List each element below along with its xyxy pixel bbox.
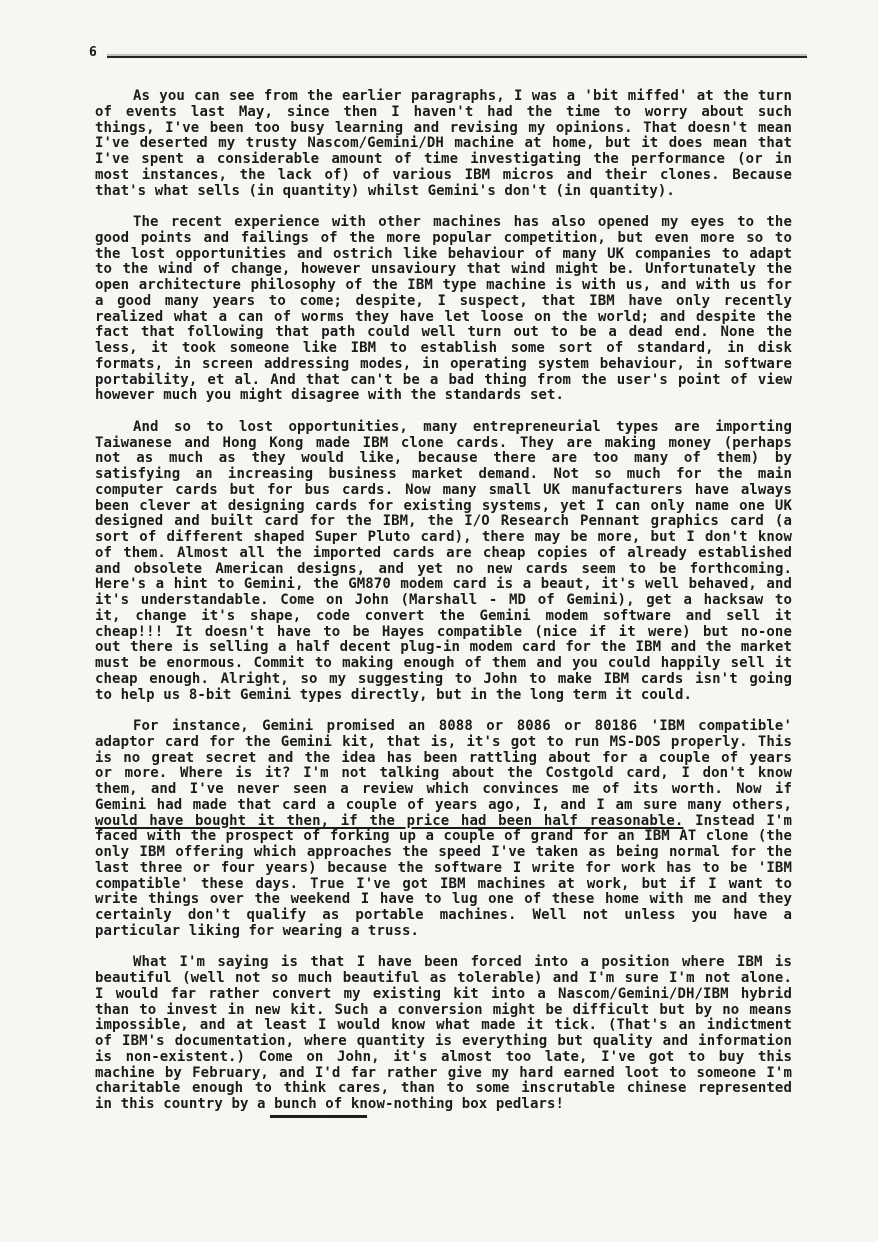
text-line: must be enormous. Commit to making enoug…	[95, 656, 792, 672]
text-line: The recent experience with other machine…	[95, 215, 792, 231]
text-line: not as much as they would like, because …	[95, 451, 792, 467]
paragraph: As you can see from the earlier paragrap…	[95, 89, 792, 199]
text-line: however much you might disagree with the…	[95, 388, 792, 404]
header-divider-rule	[107, 56, 807, 58]
text-line: machine by February, and I'd far rather …	[95, 1066, 792, 1082]
text-line: cheap!!! It doesn't have to be Hayes com…	[95, 625, 792, 641]
text-line: most instances, the lack of) of various …	[95, 168, 792, 184]
text-line: that's what sells (in quantity) whilst G…	[95, 184, 792, 200]
article-body: As you can see from the earlier paragrap…	[95, 89, 792, 1129]
text-line: As you can see from the earlier paragrap…	[95, 89, 792, 105]
text-line: open architecture philosophy of the IBM …	[95, 278, 792, 294]
text-segment: Instead I'm	[683, 813, 792, 829]
paragraph: And so to lost opportunities, many entre…	[95, 420, 792, 704]
text-line: and obsolete American designs, and yet n…	[95, 562, 792, 578]
text-line: to help us 8-bit Gemini types directly, …	[95, 688, 792, 704]
text-line: sort of different shaped Super Pluto car…	[95, 530, 792, 546]
text-line: it's understandable. Come on John (Marsh…	[95, 593, 792, 609]
text-line: is non-existent.) Come on John, it's alm…	[95, 1050, 792, 1066]
text-line: formats, in screen addressing modes, in …	[95, 357, 792, 373]
text-line: particular liking for wearing a truss.	[95, 924, 792, 940]
text-line: Gemini had made that card a couple of ye…	[95, 798, 792, 814]
footer-divider-rule	[270, 1115, 367, 1118]
text-line: fact that following that path could well…	[95, 325, 792, 341]
text-line: out there is selling a half decent plug-…	[95, 640, 792, 656]
text-line: designed and built card for the IBM, the…	[95, 514, 792, 530]
paragraph: For instance, Gemini promised an 8088 or…	[95, 719, 792, 940]
text-line: of events last May, since then I haven't…	[95, 105, 792, 121]
text-line: a good many years to come; despite, I su…	[95, 294, 792, 310]
text-line: less, it took someone like IBM to establ…	[95, 341, 792, 357]
text-line: certainly don't qualify as portable mach…	[95, 908, 792, 924]
text-line: write things over the weekend I have to …	[95, 892, 792, 908]
text-line: of them. Almost all the imported cards a…	[95, 546, 792, 562]
text-line: beautiful (well not so much beautiful as…	[95, 971, 792, 987]
text-line: adaptor card for the Gemini kit, that is…	[95, 735, 792, 751]
page-number: 6	[89, 45, 97, 60]
text-line: compatible' these days. True I've got IB…	[95, 877, 792, 893]
text-line: impossible, and at least I would know wh…	[95, 1018, 792, 1034]
text-line: cheap enough. Alright, so my suggesting …	[95, 672, 792, 688]
text-line: or more. Where is it? I'm not talking ab…	[95, 766, 792, 782]
text-line: I've deserted my trusty Nascom/Gemini/DH…	[95, 136, 792, 152]
text-line: I would far rather convert my existing k…	[95, 987, 792, 1003]
underlined-text: would have bought it then, if the price …	[95, 813, 683, 829]
text-line: than to invest in new kit. Such a conver…	[95, 1003, 792, 1019]
text-line: only IBM offering which approaches the s…	[95, 845, 792, 861]
paragraph: What I'm saying is that I have been forc…	[95, 955, 792, 1113]
text-line: been clever at designing cards for exist…	[95, 499, 792, 515]
text-line: computer cards but for bus cards. Now ma…	[95, 483, 792, 499]
text-line: good points and failings of the more pop…	[95, 231, 792, 247]
scanned-document-page: 6 As you can see from the earlier paragr…	[0, 0, 878, 1242]
text-line: Here's a hint to Gemini, the GM870 modem…	[95, 577, 792, 593]
text-line: last three or four years) because the so…	[95, 861, 792, 877]
text-line: things, I've been too busy learning and …	[95, 121, 792, 137]
text-line: satisfying an increasing business market…	[95, 467, 792, 483]
text-line: charitable enough to think cares, than t…	[95, 1081, 792, 1097]
text-line: What I'm saying is that I have been forc…	[95, 955, 792, 971]
text-line: to the wind of change, however unsaviour…	[95, 262, 792, 278]
text-line: it, change it's shape, code convert the …	[95, 609, 792, 625]
text-line: them, and I've never seen a review which…	[95, 782, 792, 798]
paragraph: The recent experience with other machine…	[95, 215, 792, 404]
text-line: would have bought it then, if the price …	[95, 814, 792, 830]
text-line: the lost opportunities and ostrich like …	[95, 247, 792, 263]
text-line: realized what a can of worms they have l…	[95, 310, 792, 326]
text-line: Taiwanese and Hong Kong made IBM clone c…	[95, 436, 792, 452]
text-line: in this country by a bunch of know-nothi…	[95, 1097, 792, 1113]
text-line: is no great secret and the idea has been…	[95, 751, 792, 767]
text-line: I've spent a considerable amount of time…	[95, 152, 792, 168]
text-line: portability, et al. And that can't be a …	[95, 373, 792, 389]
text-line: faced with the prospect of forking up a …	[95, 829, 792, 845]
text-line: For instance, Gemini promised an 8088 or…	[95, 719, 792, 735]
text-line: of IBM's documentation, where quantity i…	[95, 1034, 792, 1050]
text-line: And so to lost opportunities, many entre…	[95, 420, 792, 436]
